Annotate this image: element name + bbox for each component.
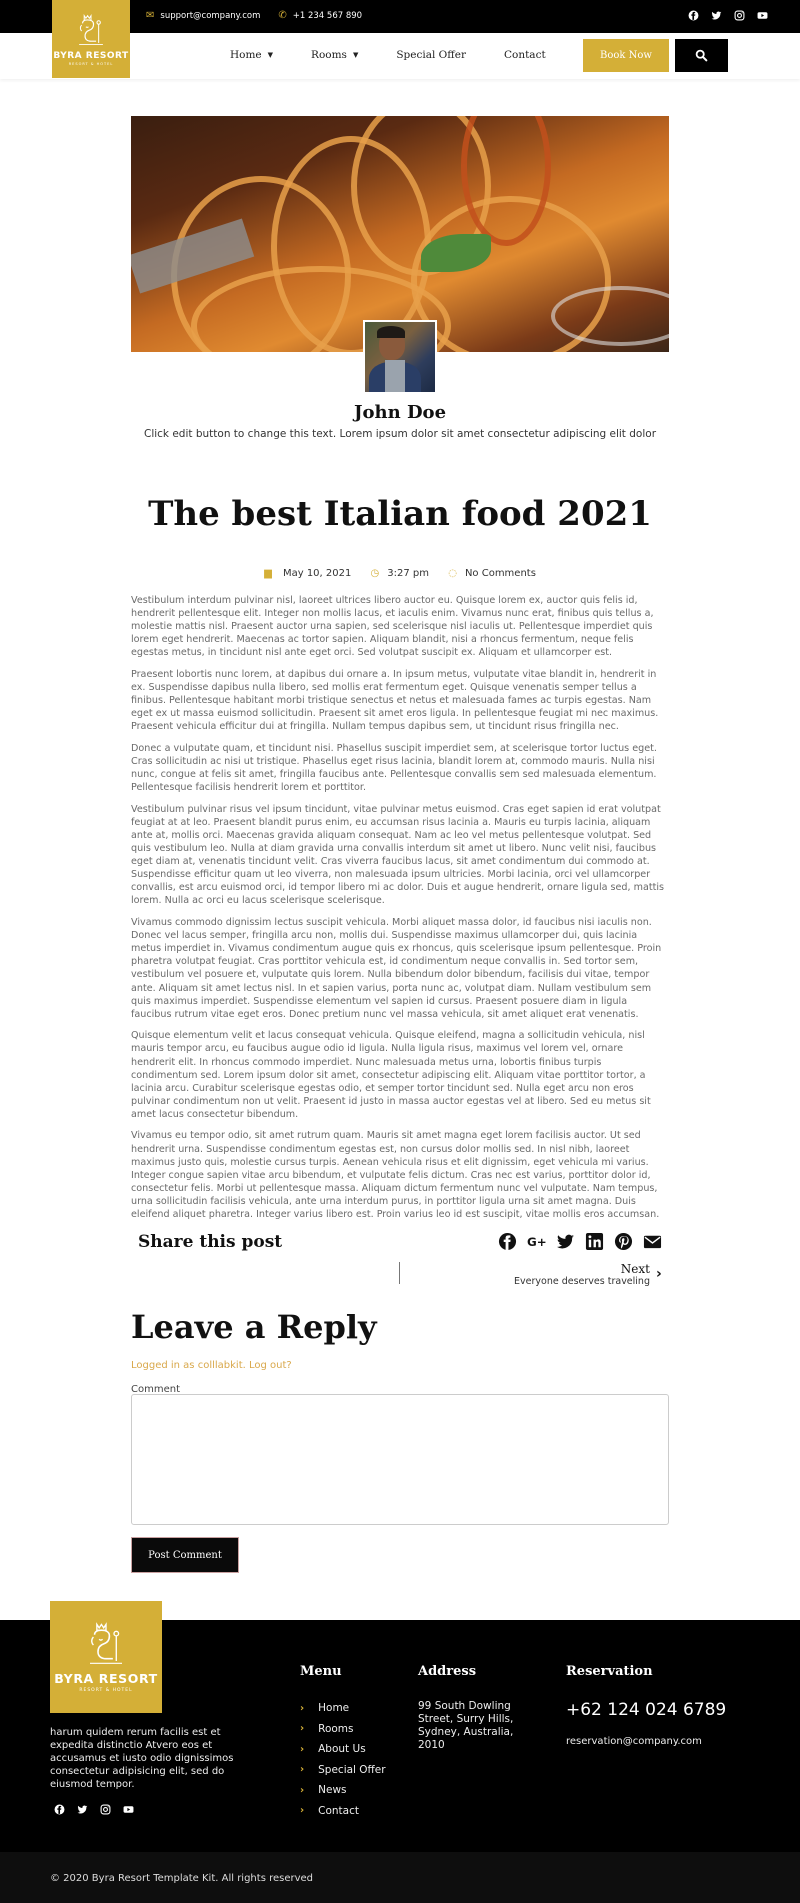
twitter-icon[interactable] (77, 1804, 88, 1815)
paragraph: Vivamus eu tempor odio, sit amet rutrum … (131, 1129, 669, 1221)
phone-icon: ✆ (278, 10, 286, 21)
instagram-icon[interactable] (734, 10, 745, 21)
footer-menu-label: Contact (318, 1805, 359, 1817)
top-email-text: support@company.com (160, 11, 260, 21)
top-phone[interactable]: ✆+1 234 567 890 (278, 10, 362, 21)
footer-about: harum quidem rerum facilis est et expedi… (50, 1726, 260, 1791)
footer-menu-label: Special Offer (318, 1764, 385, 1776)
linkedin-icon[interactable] (585, 1232, 604, 1251)
footer-address: 99 South Dowling Street, Surry Hills, Sy… (418, 1700, 538, 1752)
footer-menu-title: Menu (300, 1664, 342, 1679)
post-meta: ▆ May 10, 2021 ◷3:27 pm ◌No Comments (0, 568, 800, 579)
nav-label: Rooms (311, 49, 347, 61)
paragraph: Vivamus commodo dignissim lectus suscipi… (131, 916, 669, 1021)
chevron-right-icon: › (300, 1703, 304, 1714)
footer-menu-label: News (318, 1784, 346, 1796)
post-date[interactable]: ▆ May 10, 2021 (260, 568, 355, 579)
next-post-title: Everyone deserves traveling (514, 1276, 650, 1287)
post-comment-button[interactable]: Post Comment (131, 1537, 239, 1573)
facebook-icon[interactable] (54, 1804, 65, 1815)
post-nav-divider (399, 1262, 400, 1284)
caret-down-icon: ▼ (268, 51, 273, 59)
comment-textarea[interactable] (131, 1394, 669, 1525)
brand-name: BYRA RESORT (54, 1671, 158, 1686)
facebook-icon[interactable] (688, 10, 699, 21)
nav-label: Contact (504, 49, 546, 61)
chevron-right-icon: › (300, 1764, 304, 1775)
copyright-bar: © 2020 Byra Resort Template Kit. All rig… (0, 1852, 800, 1903)
top-email[interactable]: ✉support@company.com (146, 10, 260, 21)
brand-tagline: RESORT & HOTEL (79, 1688, 132, 1693)
paragraph: Praesent lobortis nunc lorem, at dapibus… (131, 668, 669, 733)
footer-menu-item-home[interactable]: ›Home (300, 1698, 386, 1719)
caret-down-icon: ▼ (353, 51, 358, 59)
logged-in-link[interactable]: Logged in as colllabkit. Log out? (131, 1360, 292, 1371)
comment-icon: ◌ (448, 568, 457, 579)
footer-menu-item-contact[interactable]: ›Contact (300, 1801, 386, 1822)
calendar-icon: ▆ (264, 568, 272, 579)
twitter-icon[interactable] (556, 1232, 575, 1251)
youtube-icon[interactable] (123, 1804, 134, 1815)
paragraph: Quisque elementum velit et lacus consequ… (131, 1029, 669, 1121)
site-logo[interactable]: BYRA RESORT RESORT & HOTEL (52, 0, 130, 78)
footer-menu-item-news[interactable]: ›News (300, 1780, 386, 1801)
book-now-button[interactable]: Book Now (583, 39, 669, 72)
post-date-text: May 10, 2021 (283, 568, 351, 579)
footer-menu-item-rooms[interactable]: ›Rooms (300, 1719, 386, 1740)
footer-reservation-title: Reservation (566, 1664, 653, 1679)
google-plus-icon[interactable]: G+ (527, 1232, 546, 1251)
nav-item-rooms[interactable]: Rooms▼ (311, 49, 358, 61)
page: ✉support@company.com ✆+1 234 567 890 Hom… (0, 0, 800, 1903)
chevron-right-icon: › (300, 1785, 304, 1796)
footer-menu-item-about-us[interactable]: ›About Us (300, 1739, 386, 1760)
footer-email[interactable]: reservation@company.com (566, 1736, 702, 1747)
lion-crest-icon (74, 13, 108, 49)
brand-tagline: RESORT & HOTEL (69, 62, 114, 66)
reply-title: Leave a Reply (131, 1308, 377, 1346)
chevron-right-icon: › (300, 1744, 304, 1755)
nav-label: Home (230, 49, 262, 61)
nav-label: Special Offer (396, 49, 466, 61)
author-avatar (363, 320, 437, 394)
author-bio: Click edit button to change this text. L… (0, 428, 800, 440)
post-comments[interactable]: ◌No Comments (444, 568, 540, 579)
chevron-right-icon: › (300, 1723, 304, 1734)
footer-logo[interactable]: BYRA RESORT RESORT & HOTEL (50, 1601, 162, 1713)
post-time: ◷3:27 pm (367, 568, 433, 579)
youtube-icon[interactable] (757, 10, 768, 21)
nav-item-contact[interactable]: Contact (504, 49, 546, 61)
twitter-icon[interactable] (711, 10, 722, 21)
brand-name: BYRA RESORT (53, 51, 128, 61)
svg-text:G+: G+ (527, 1235, 546, 1249)
search-icon (695, 49, 708, 62)
chevron-right-icon[interactable]: › (656, 1266, 662, 1282)
author-name: John Doe (0, 402, 800, 423)
instagram-icon[interactable] (100, 1804, 111, 1815)
clock-icon: ◷ (371, 568, 380, 579)
post-body: Vestibulum interdum pulvinar nisl, laore… (131, 594, 669, 1230)
email-icon[interactable] (643, 1232, 662, 1251)
next-label: Next (514, 1262, 650, 1276)
post-time-text: 3:27 pm (387, 568, 429, 579)
footer-menu-item-special-offer[interactable]: ›Special Offer (300, 1760, 386, 1781)
footer-phone[interactable]: +62 124 024 6789 (566, 1700, 726, 1720)
share-title: Share this post (138, 1232, 282, 1252)
footer-address-title: Address (418, 1664, 476, 1679)
top-phone-text: +1 234 567 890 (293, 11, 362, 21)
search-button[interactable] (675, 39, 728, 72)
footer-menu-label: About Us (318, 1743, 366, 1755)
footer-social (54, 1804, 134, 1815)
share-icons: G+ (498, 1232, 662, 1251)
facebook-icon[interactable] (498, 1232, 517, 1251)
footer-menu: ›Home ›Rooms ›About Us ›Special Offer ›N… (300, 1698, 386, 1821)
copyright-text: © 2020 Byra Resort Template Kit. All rig… (50, 1873, 313, 1884)
chevron-right-icon: › (300, 1805, 304, 1816)
paragraph: Vestibulum interdum pulvinar nisl, laore… (131, 594, 669, 659)
footer-menu-label: Rooms (318, 1723, 353, 1735)
post-comments-text: No Comments (465, 568, 536, 579)
envelope-icon: ✉ (146, 10, 154, 21)
post-title: The best Italian food 2021 (0, 494, 800, 534)
next-post-link[interactable]: Next Everyone deserves traveling (514, 1262, 650, 1287)
nav-item-home[interactable]: Home▼ (230, 49, 273, 61)
paragraph: Vestibulum pulvinar risus vel ipsum tinc… (131, 803, 669, 908)
featured-image (131, 116, 669, 352)
nav-item-special-offer[interactable]: Special Offer (396, 49, 466, 61)
paragraph: Donec a vulputate quam, et tincidunt nis… (131, 742, 669, 794)
pinterest-icon[interactable] (614, 1232, 633, 1251)
footer-menu-label: Home (318, 1702, 349, 1714)
lion-crest-icon (83, 1621, 129, 1669)
